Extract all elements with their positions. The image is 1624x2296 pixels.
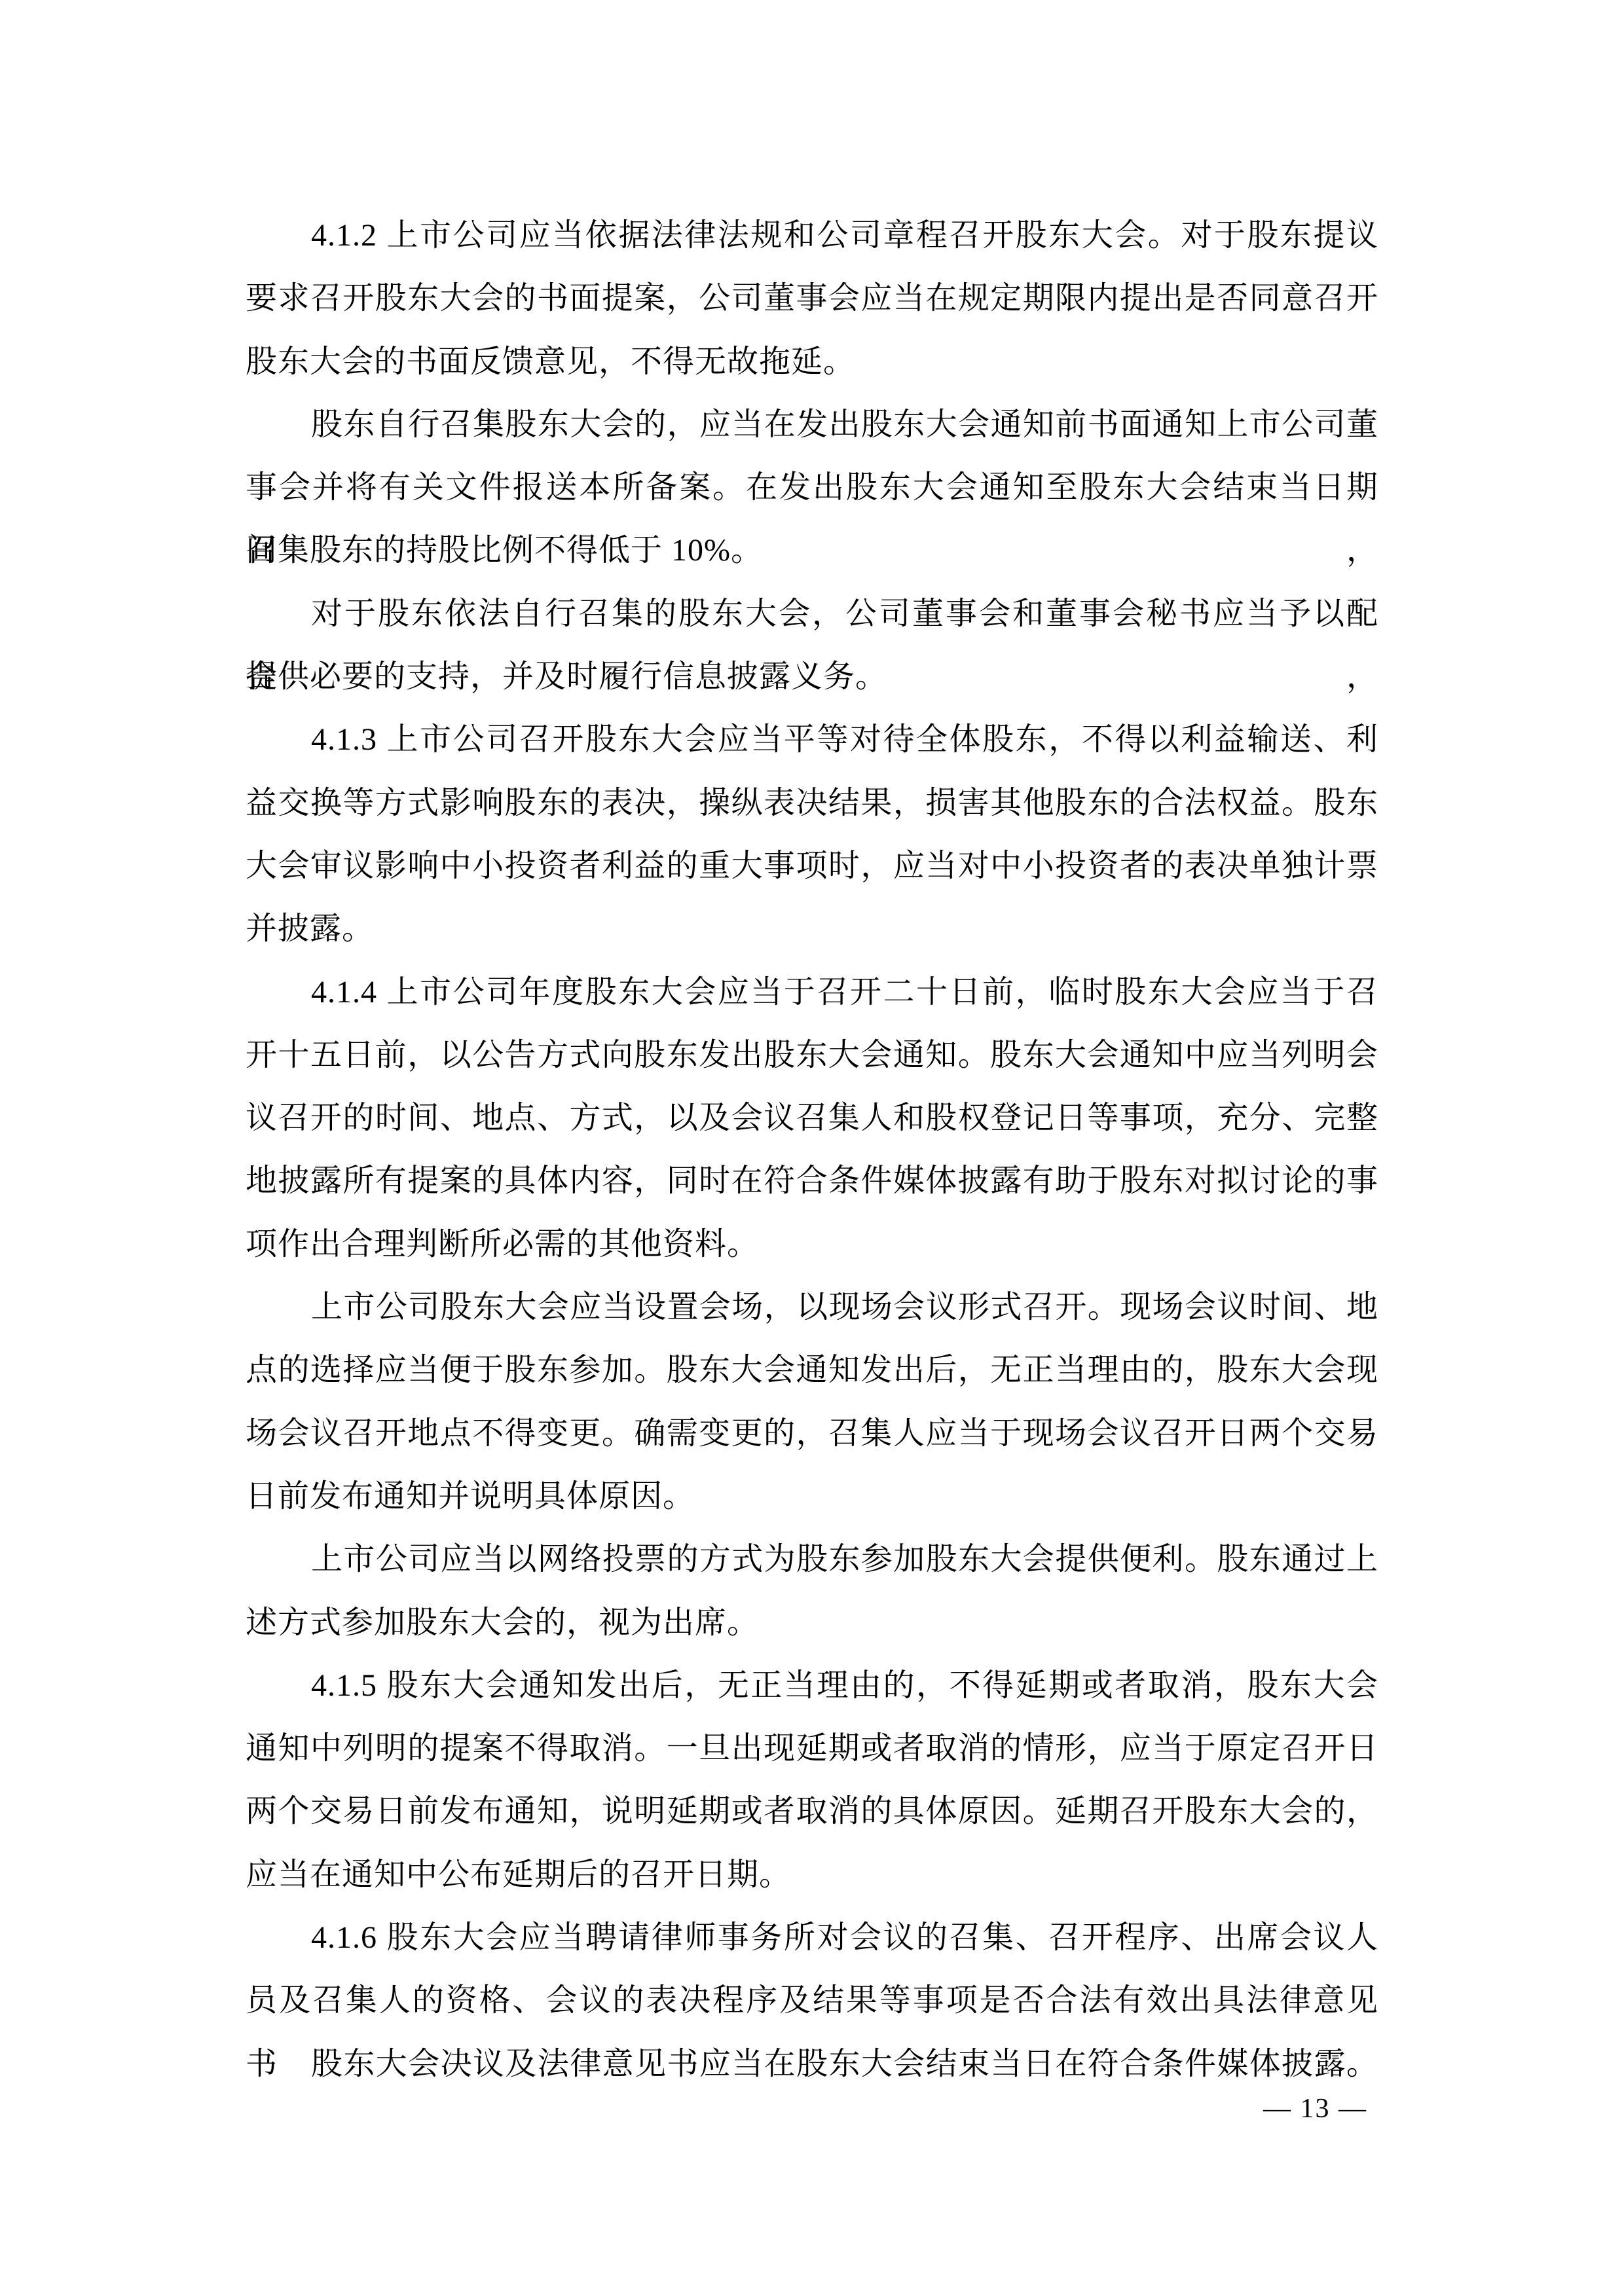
text-line: 股东大会决议及法律意见书应当在股东大会结束当日在符合条件媒体披露。 xyxy=(246,2033,1378,2096)
body-text-block: 4.1.2 上市公司应当依据法律法规和公司章程召开股东大会。对于股东提议要求召开… xyxy=(246,204,1378,2096)
text-line: 场会议召开地点不得变更。确需变更的，召集人应当于现场会议召开日两个交易 xyxy=(246,1402,1378,1465)
text-line: 股东大会的书面反馈意见，不得无故拖延。 xyxy=(246,331,1378,393)
text-line: 4.1.6 股东大会应当聘请律师事务所对会议的召集、召开程序、出席会议人 xyxy=(246,1906,1378,1969)
text-line: 大会审议影响中小投资者利益的重大事项时，应当对中小投资者的表决单独计票 xyxy=(246,835,1378,898)
page-number: — 13 — xyxy=(1263,2094,1367,2124)
text-line: 4.1.4 上市公司年度股东大会应当于召开二十日前，临时股东大会应当于召 xyxy=(246,961,1378,1024)
text-line: 两个交易日前发布通知，说明延期或者取消的具体原因。延期召开股东大会的， xyxy=(246,1780,1378,1843)
text-line: 4.1.2 上市公司应当依据法律法规和公司章程召开股东大会。对于股东提议 xyxy=(246,204,1378,267)
text-line: 要求召开股东大会的书面提案，公司董事会应当在规定期限内提出是否同意召开 xyxy=(246,267,1378,330)
text-line: 地披露所有提案的具体内容，同时在符合条件媒体披露有助于股东对拟讨论的事 xyxy=(246,1150,1378,1212)
text-line: 上市公司应当以网络投票的方式为股东参加股东大会提供便利。股东通过上 xyxy=(246,1528,1378,1591)
text-line: 日前发布通知并说明具体原因。 xyxy=(246,1465,1378,1528)
text-line: 股东自行召集股东大会的，应当在发出股东大会通知前书面通知上市公司董 xyxy=(246,393,1378,456)
text-line: 开十五日前，以公告方式向股东发出股东大会通知。股东大会通知中应当列明会 xyxy=(246,1024,1378,1087)
text-line: 通知中列明的提案不得取消。一旦出现延期或者取消的情形，应当于原定召开日 xyxy=(246,1717,1378,1780)
document-page: 4.1.2 上市公司应当依据法律法规和公司章程召开股东大会。对于股东提议要求召开… xyxy=(0,0,1624,2296)
text-line: 点的选择应当便于股东参加。股东大会通知发出后，无正当理由的，股东大会现 xyxy=(246,1339,1378,1402)
text-line: 4.1.5 股东大会通知发出后，无正当理由的，不得延期或者取消，股东大会 xyxy=(246,1654,1378,1717)
text-line: 项作出合理判断所必需的其他资料。 xyxy=(246,1213,1378,1276)
text-line: 事会并将有关文件报送本所备案。在发出股东大会通知至股东大会结束当日期间， xyxy=(246,456,1378,519)
text-line: 4.1.3 上市公司召开股东大会应当平等对待全体股东，不得以利益输送、利 xyxy=(246,708,1378,771)
text-line: 述方式参加股东大会的，视为出席。 xyxy=(246,1592,1378,1654)
text-line: 议召开的时间、地点、方式，以及会议召集人和股权登记日等事项，充分、完整 xyxy=(246,1087,1378,1150)
text-line: 并披露。 xyxy=(246,898,1378,960)
text-line: 对于股东依法自行召集的股东大会，公司董事会和董事会秘书应当予以配合， xyxy=(246,583,1378,646)
text-line: 上市公司股东大会应当设置会场，以现场会议形式召开。现场会议时间、地 xyxy=(246,1276,1378,1339)
text-line: 益交换等方式影响股东的表决，操纵表决结果，损害其他股东的合法权益。股东 xyxy=(246,772,1378,835)
text-line: 员及召集人的资格、会议的表决程序及结果等事项是否合法有效出具法律意见书。 xyxy=(246,1969,1378,2032)
text-line: 应当在通知中公布延期后的召开日期。 xyxy=(246,1844,1378,1906)
